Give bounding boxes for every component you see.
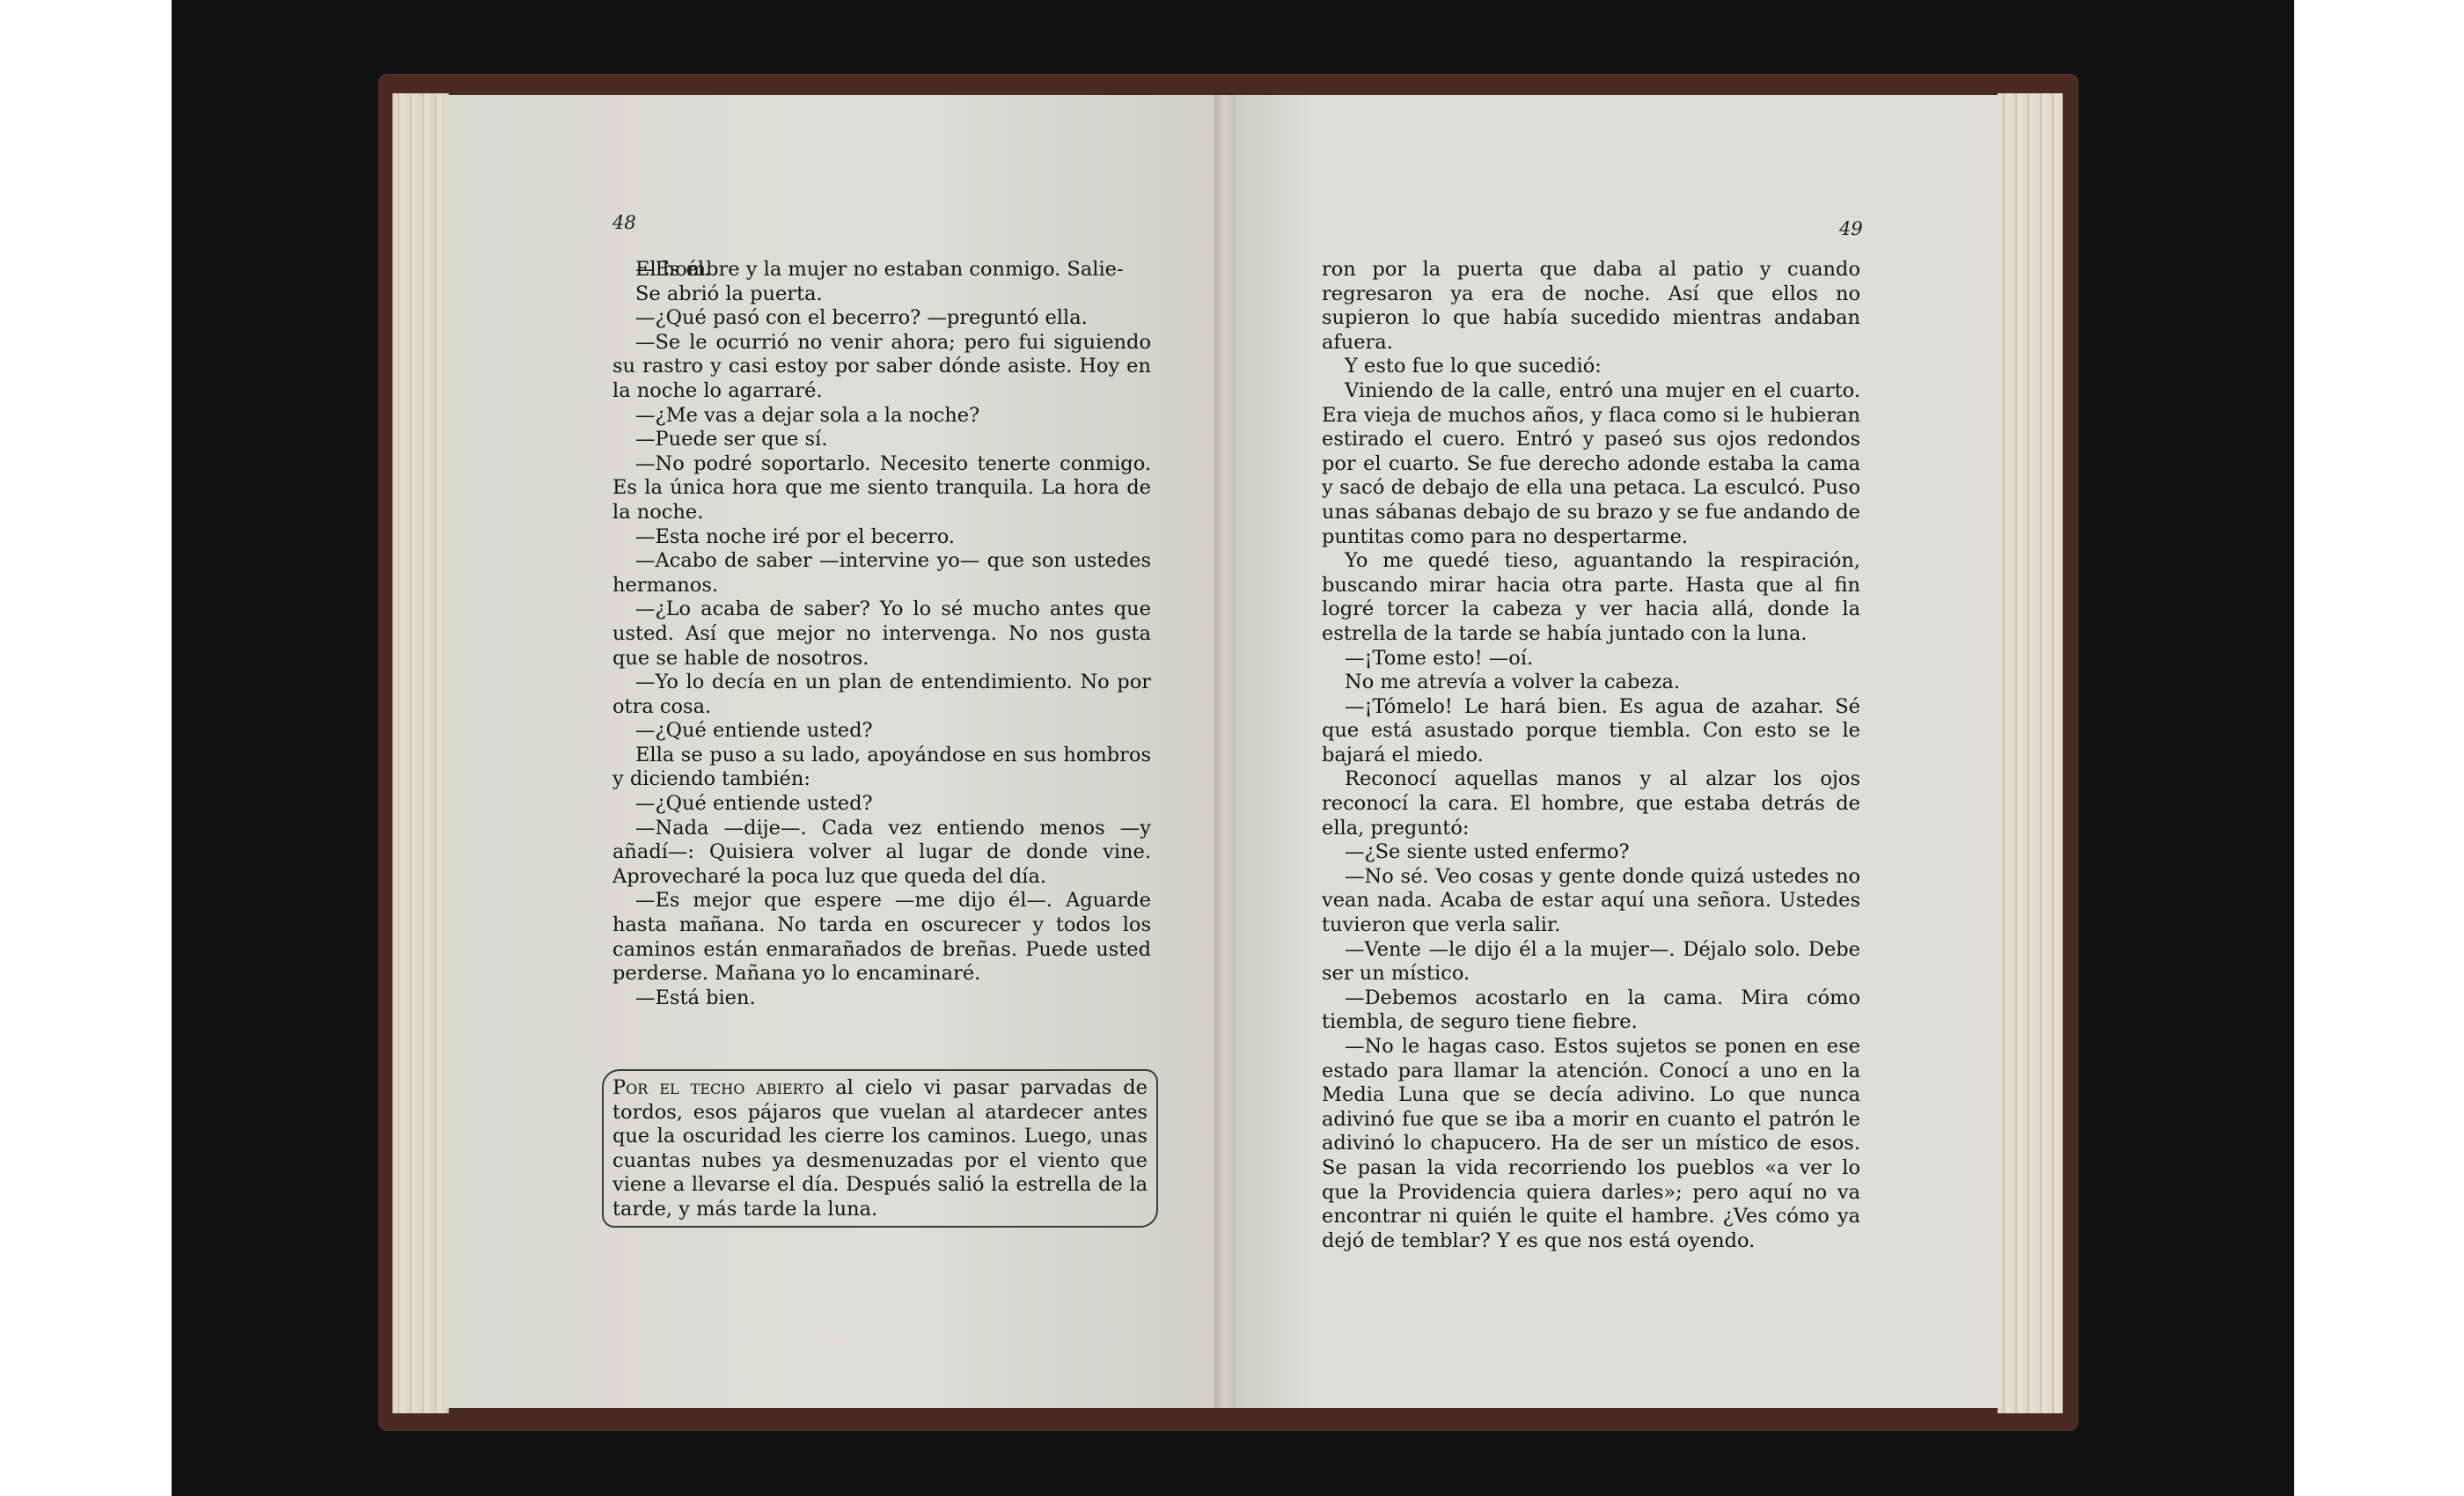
small-caps-lead: Por el techo abierto (612, 1076, 824, 1099)
hand-drawn-highlight-box: Por el techo abierto al cielo vi pasar p… (602, 1069, 1158, 1228)
paragraph: —¿Me vas a dejar sola a la noche? (612, 404, 1151, 429)
paragraph: —Está bien. (612, 986, 1151, 1011)
paragraph: Viniendo de la calle, entró una mujer en… (1322, 379, 1860, 549)
highlighted-passage: Por el techo abierto al cielo vi pasar p… (612, 1076, 1148, 1222)
left-page: 48 —Es él. Se abrió la puerta. —¿Qué pas… (445, 95, 1216, 1408)
right-page-body: ron por la puerta que daba al patio y cu… (1322, 258, 1860, 1253)
paragraph: —¿Qué entiende usted? (612, 719, 1151, 744)
closing-paragraph: El hombre y la mujer no estaban conmigo.… (612, 258, 1151, 282)
paragraph: —¡Tómelo! Le hará bien. Es agua de azaha… (1322, 695, 1860, 768)
paragraph: —Nada —dije—. Cada vez entiendo menos —y… (612, 817, 1151, 890)
book-gutter (1214, 95, 1236, 1408)
paragraph: —No podré soportarlo. Necesito tenerte c… (612, 452, 1151, 525)
paragraph: —No sé. Veo cosas y gente donde quizá us… (1322, 865, 1860, 938)
paragraph: Reconocí aquellas manos y al alzar los o… (1322, 767, 1860, 840)
paragraph: —¿Se siente usted enfermo? (1322, 840, 1860, 865)
page-number-right: 49 (1839, 218, 1863, 239)
paragraph: No me atrevía a volver la cabeza. (1322, 671, 1860, 695)
paragraph: ron por la puerta que daba al patio y cu… (1322, 258, 1860, 355)
paragraph: —Acabo de saber —intervine yo— que son u… (612, 549, 1151, 598)
paragraph: —Vente —le dijo él a la mujer—. Déjalo s… (1322, 938, 1860, 986)
left-page-body: —Es él. Se abrió la puerta. —¿Qué pasó c… (612, 258, 1151, 1010)
closing-paragraph-container: El hombre y la mujer no estaban conmigo.… (612, 258, 1151, 282)
paragraph: —Debemos acostarlo en la cama. Mira cómo… (1322, 986, 1860, 1035)
paragraph: —Puede ser que sí. (612, 428, 1151, 452)
paragraph: Yo me quedé tieso, aguantando la respira… (1322, 549, 1860, 646)
page-edges-left (392, 93, 449, 1413)
paragraph: —Es mejor que espere —me dijo él—. Aguar… (612, 889, 1151, 986)
paragraph: —¿Qué pasó con el becerro? —preguntó ell… (612, 306, 1151, 331)
page-edges-right (1998, 93, 2063, 1413)
right-page: 49 ron por la puerta que daba al patio y… (1236, 95, 1999, 1408)
paragraph: —¡Tome esto! —oí. (1322, 647, 1860, 671)
paragraph: —No le hagas caso. Estos sujetos se pone… (1322, 1035, 1860, 1253)
paragraph: —Esta noche iré por el becerro. (612, 525, 1151, 550)
paragraph: —¿Qué entiende usted? (612, 792, 1151, 817)
page-number-left: 48 (612, 212, 636, 233)
paragraph: Se abrió la puerta. (612, 282, 1151, 307)
paragraph: —¿Lo acaba de saber? Yo lo sé mucho ante… (612, 598, 1151, 671)
paragraph: —Se le ocurrió no venir ahora; pero fui … (612, 331, 1151, 404)
paragraph: Ella se puso a su lado, apoyándose en su… (612, 744, 1151, 792)
paragraph: —Yo lo decía en un plan de entendimiento… (612, 671, 1151, 719)
paragraph: Y esto fue lo que sucedió: (1322, 355, 1860, 379)
